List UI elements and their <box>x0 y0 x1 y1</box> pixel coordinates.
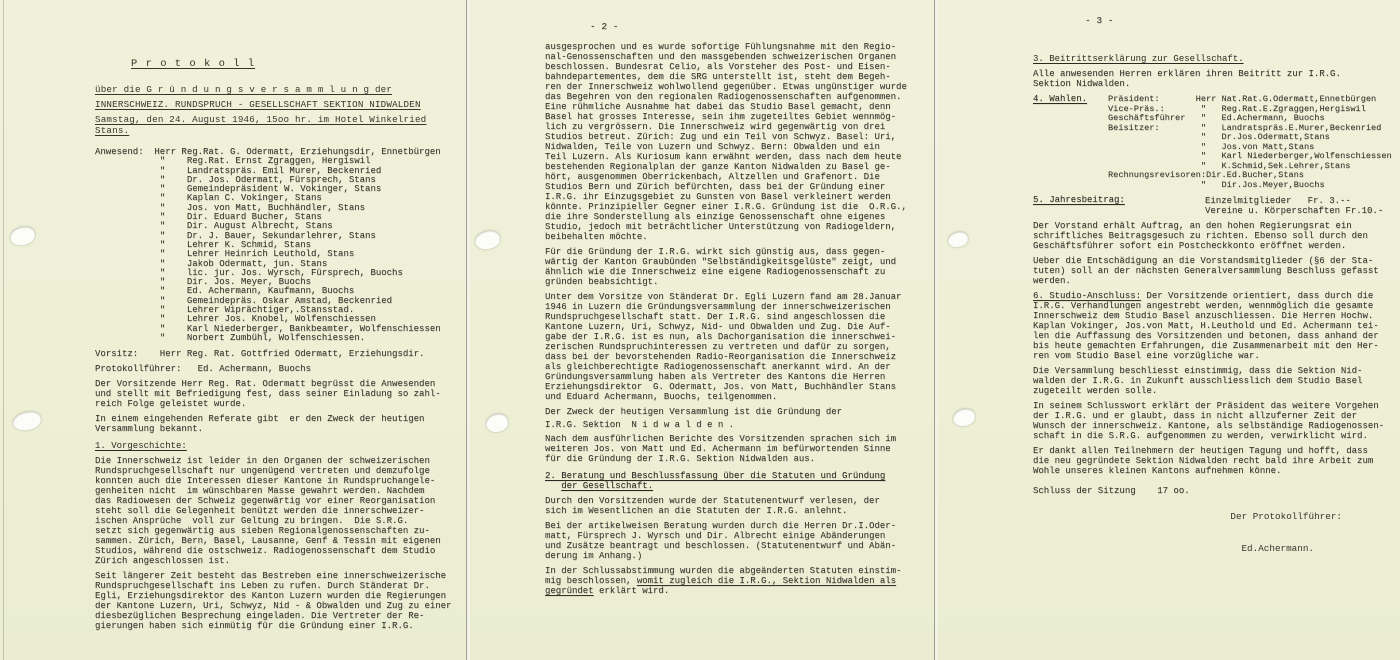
signature-block: Der Protokollführer: Ed.Achermann. <box>1033 512 1390 554</box>
paragraph: In der Schlussabstimmung wurden die abge… <box>545 566 922 596</box>
founding-declaration-line: I.R.G. Sektion N i d w a l d e n . <box>545 420 922 430</box>
paragraph: Durch den Vorsitzenden wurde der Statute… <box>545 496 922 516</box>
document-title: P r o t o k o l l <box>131 58 452 70</box>
paragraph: Für die Gründung der I.R.G. wirkt sich g… <box>545 247 922 287</box>
document-subtitle-2: INNERSCHWEIZ. RUNDSPRUCH - GESELLSCHAFT … <box>95 99 452 110</box>
list-line: Einzelmitglieder Fr. 3.-- <box>1205 196 1383 206</box>
section-heading-jahresbeitrag: 5. Jahresbeitrag: <box>1033 196 1205 206</box>
paragraph: Die Versammlung beschliesst einstimmig, … <box>1033 366 1390 396</box>
annual-fee-block: 5. Jahresbeitrag: Einzelmitglieder Fr. 3… <box>1033 196 1390 216</box>
paragraph: In seinem Schlusswort erklärt der Präsid… <box>1033 401 1390 441</box>
paragraph: Bei der artikelweisen Beratung wurden du… <box>545 521 922 561</box>
paragraph: Ueber die Entschädigung an die Vorstands… <box>1033 256 1390 286</box>
page-number: - 3 - <box>1085 16 1390 26</box>
page-3: - 3 - 3. Beitrittserklärung zur Gesellsc… <box>938 0 1400 660</box>
document-subtitle-3: Samstag, den 24. August 1946, 15oo hr. i… <box>95 114 452 136</box>
text-segment: Der Vorsitzende orientiert, dass durch d… <box>1033 291 1379 361</box>
secretary-line: Protokollführer: Ed. Achermann, Buochs <box>95 364 452 374</box>
text-segment: 6. Studio-Anschluss: <box>1033 291 1141 301</box>
paragraph: Nach dem ausführlichen Berichte des Vors… <box>545 434 922 464</box>
list-line: " Dir.Jos.Meyer,Buochs <box>1108 181 1392 191</box>
page-number: - 2 - <box>590 22 922 32</box>
text-segment: der Gesellschaft. <box>561 481 653 491</box>
elections-block: 4. Wahlen. Präsident: Herr Nat.Rat.G.Ode… <box>1033 95 1390 190</box>
paragraph: In einem eingehenden Referate gibt er de… <box>95 414 452 434</box>
page-2: - 2 - ausgesprochen und es wurde soforti… <box>470 0 934 660</box>
paragraph: Die Innerschweiz ist leider in den Organ… <box>95 456 452 566</box>
paragraph: Er dankt allen Teilnehmern der heutigen … <box>1033 446 1390 476</box>
section-heading-beitritt: 3. Beitrittserklärung zur Gesellschaft. <box>1033 54 1390 64</box>
list-line: Vereine u. Körperschaften Fr.10.- <box>1205 206 1383 216</box>
text-segment: gegründet <box>545 586 594 596</box>
text-segment: womit zugleich die I.R.G., Sektion Nidwa… <box>637 576 896 586</box>
paragraph: Der Vorsitzende Herr Reg. Rat. Odermatt … <box>95 379 452 409</box>
paragraph: ausgesprochen und es wurde sofortige Füh… <box>545 42 922 242</box>
scanned-document: P r o t o k o l l über die G r ü n d u n… <box>0 0 1400 660</box>
signature-title: Der Protokollführer: <box>1033 512 1342 522</box>
elections-list: Präsident: Herr Nat.Rat.G.Odermatt,Ennet… <box>1108 95 1392 190</box>
text-segment: 2. Beratung und Beschlussfassung über di… <box>545 471 885 481</box>
fee-list: Einzelmitglieder Fr. 3.--Vereine u. Körp… <box>1205 196 1383 216</box>
meeting-end-line: Schluss der Sitzung 17 oo. <box>1033 486 1390 496</box>
text-segment: erklärt wird. <box>594 586 670 596</box>
section-heading-vorgeschichte: 1. Vorgeschichte: <box>95 441 452 451</box>
paragraph: Unter dem Vorsitze von Ständerat Dr. Egl… <box>545 292 922 402</box>
signature-name: Ed.Achermann. <box>1033 544 1314 554</box>
section-heading-beratung: 2. Beratung und Beschlussfassung über di… <box>545 471 922 491</box>
paragraph-studio-anschluss: 6. Studio-Anschluss: Der Vorsitzende ori… <box>1033 291 1390 361</box>
section-heading-wahlen: 4. Wahlen. <box>1033 95 1108 105</box>
chairman-line: Vorsitz: Herr Reg. Rat. Gottfried Oderma… <box>95 349 452 359</box>
paragraph: Seit längerer Zeit besteht das Bestreben… <box>95 571 452 631</box>
text-segment <box>545 481 561 491</box>
paragraph: Der Vorstand erhält Auftrag, an den hohe… <box>1033 221 1390 251</box>
page-1: P r o t o k o l l über die G r ü n d u n… <box>0 0 466 660</box>
paragraph: Der Zweck der heutigen Versammlung ist d… <box>545 407 922 417</box>
paragraph: Alle anwesenden Herren erklären ihren Be… <box>1033 69 1390 89</box>
list-line: " Norbert Zumbühl, Wolfenschiessen. <box>95 334 452 343</box>
attendees-list: Anwesend: Herr Reg.Rat. G. Odermatt, Erz… <box>95 148 452 343</box>
document-subtitle-1: über die G r ü n d u n g s v e r s a m m… <box>95 84 452 95</box>
